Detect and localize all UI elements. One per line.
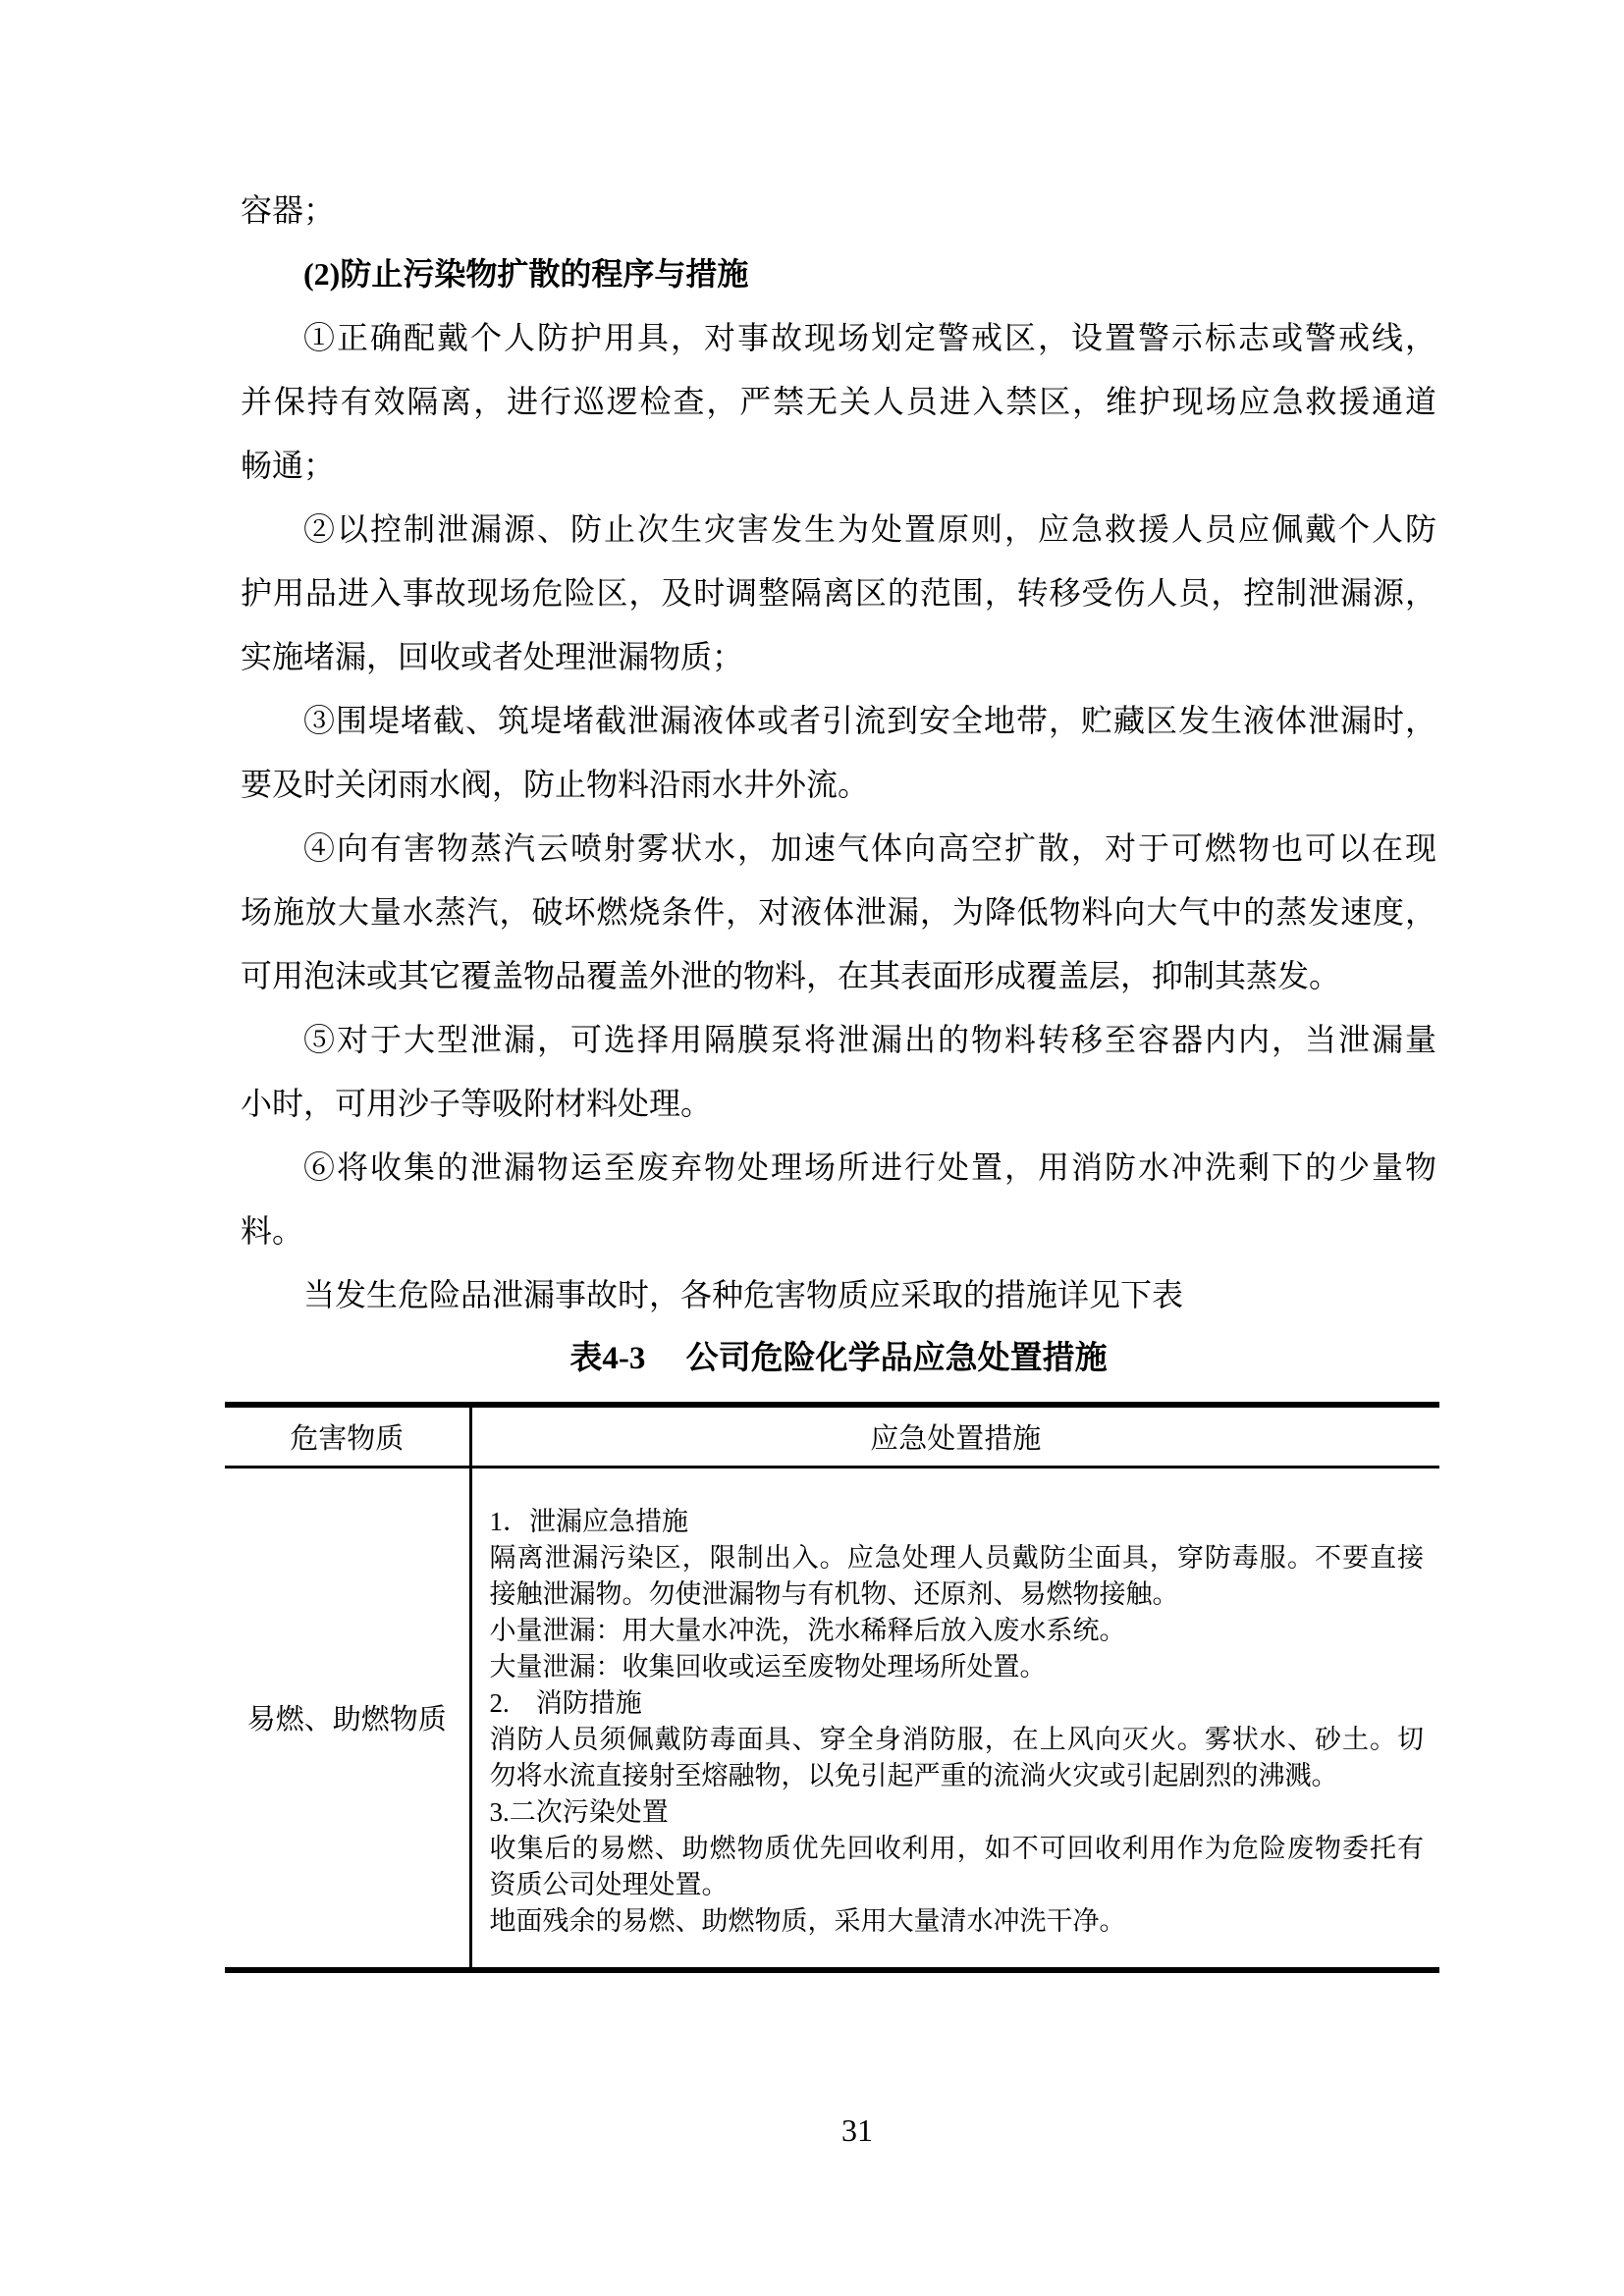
measure-line: 地面残余的易燃、助燃物质，采用大量清水冲洗干净。 (490, 1903, 1425, 1940)
text-line: 要及时关闭雨水阀，防止物料沿雨水井外流。 (241, 753, 1436, 817)
measure-line: 消防人员须佩戴防毒面具、穿全身消防服，在上风向灭火。雾状水、砂土。切 (490, 1722, 1425, 1758)
text-line: ④向有害物蒸汽云喷射雾状水，加速气体向高空扩散，对于可燃物也可以在现 (241, 817, 1436, 881)
body-paragraph: ⑥将收集的泄漏物运至废弃物处理场所进行处置，用消防水冲洗剩下的少量物 料。 (241, 1136, 1436, 1263)
table-title: 表4-3 公司危险化学品应急处置措施 (241, 1327, 1436, 1391)
text-line: ③围堤堵截、筑堤堵截泄漏液体或者引流到安全地带，贮藏区发生液体泄漏时， (241, 689, 1436, 753)
body-paragraph: ①正确配戴个人防护用具，对事故现场划定警戒区，设置警示标志或警戒线， 并保持有效… (241, 306, 1436, 498)
col-header-measures: 应急处置措施 (470, 1405, 1439, 1467)
text-line: 可用泡沫或其它覆盖物品覆盖外泄的物料，在其表面形成覆盖层，抑制其蒸发。 (241, 944, 1436, 1008)
paragraph-continuation: 容器； (241, 179, 1436, 242)
table-header-row: 危害物质 应急处置措施 (225, 1405, 1439, 1467)
text-line: ⑤对于大型泄漏，可选择用隔膜泵将泄漏出的物料转移至容器内内，当泄漏量 (241, 1008, 1436, 1072)
measure-line: 小量泄漏：用大量水冲洗，洗水稀释后放入废水系统。 (490, 1613, 1425, 1649)
measure-line: 勿将水流直接射至熔融物，以免引起严重的流淌火灾或引起剧烈的沸溅。 (490, 1758, 1425, 1794)
section-heading: (2)防止污染物扩散的程序与措施 (241, 242, 1436, 306)
emergency-measures-table: 危害物质 应急处置措施 易燃、助燃物质 1．泄漏应急措施 隔离泄漏污染区，限制出… (225, 1402, 1439, 1973)
text-line: 料。 (241, 1200, 1436, 1263)
body-paragraph: ⑤对于大型泄漏，可选择用隔膜泵将泄漏出的物料转移至容器内内，当泄漏量 小时，可用… (241, 1008, 1436, 1136)
text-line: 小时，可用沙子等吸附材料处理。 (241, 1072, 1436, 1136)
page-content: 容器； (2)防止污染物扩散的程序与措施 ①正确配戴个人防护用具，对事故现场划定… (241, 179, 1436, 1973)
page-number: 31 (90, 2112, 1624, 2149)
text-line: ①正确配戴个人防护用具，对事故现场划定警戒区，设置警示标志或警戒线， (241, 306, 1436, 370)
measure-line: 收集后的易燃、助燃物质优先回收利用，如不可回收利用作为危险废物委托有 (490, 1831, 1425, 1867)
text-line: ⑥将收集的泄漏物运至废弃物处理场所进行处置，用消防水冲洗剩下的少量物 (241, 1136, 1436, 1200)
table-intro-line: 当发生危险品泄漏事故时，各种危害物质应采取的措施详见下表 (241, 1263, 1436, 1327)
body-paragraph: ④向有害物蒸汽云喷射雾状水，加速气体向高空扩散，对于可燃物也可以在现 场施放大量… (241, 817, 1436, 1008)
measure-line: 大量泄漏：收集回收或运至废物处理场所处置。 (490, 1649, 1425, 1685)
measures-cell: 1．泄漏应急措施 隔离泄漏污染区，限制出入。应急处理人员戴防尘面具，穿防毒服。不… (470, 1467, 1439, 1970)
col-header-hazard: 危害物质 (225, 1405, 470, 1467)
measure-line: 隔离泄漏污染区，限制出入。应急处理人员戴防尘面具，穿防毒服。不要直接 (490, 1540, 1425, 1576)
text-line: 护用品进入事故现场危险区，及时调整隔离区的范围，转移受伤人员，控制泄漏源， (241, 561, 1436, 625)
document-page: 容器； (2)防止污染物扩散的程序与措施 ①正确配戴个人防护用具，对事故现场划定… (0, 0, 1624, 2296)
text-line: 场施放大量水蒸汽，破坏燃烧条件，对液体泄漏，为降低物料向大气中的蒸发速度， (241, 881, 1436, 944)
text-line: 畅通； (241, 434, 1436, 498)
measure-line: 接触泄漏物。勿使泄漏物与有机物、还原剂、易燃物接触。 (490, 1576, 1425, 1613)
body-paragraph: ②以控制泄漏源、防止次生灾害发生为处置原则，应急救援人员应佩戴个人防 护用品进入… (241, 498, 1436, 689)
text-line: ②以控制泄漏源、防止次生灾害发生为处置原则，应急救援人员应佩戴个人防 (241, 498, 1436, 561)
hazard-cell: 易燃、助燃物质 (225, 1467, 470, 1970)
measure-line: 1．泄漏应急措施 (490, 1504, 1425, 1540)
text-line: 实施堵漏，回收或者处理泄漏物质； (241, 625, 1436, 689)
measure-line: 2. 消防措施 (490, 1685, 1425, 1722)
measure-line: 资质公司处理处置。 (490, 1867, 1425, 1903)
table-row: 易燃、助燃物质 1．泄漏应急措施 隔离泄漏污染区，限制出入。应急处理人员戴防尘面… (225, 1467, 1439, 1970)
body-paragraph: ③围堤堵截、筑堤堵截泄漏液体或者引流到安全地带，贮藏区发生液体泄漏时， 要及时关… (241, 689, 1436, 817)
text-line: 并保持有效隔离，进行巡逻检查，严禁无关人员进入禁区，维护现场应急救援通道 (241, 370, 1436, 434)
measure-line: 3.二次污染处置 (490, 1794, 1425, 1831)
